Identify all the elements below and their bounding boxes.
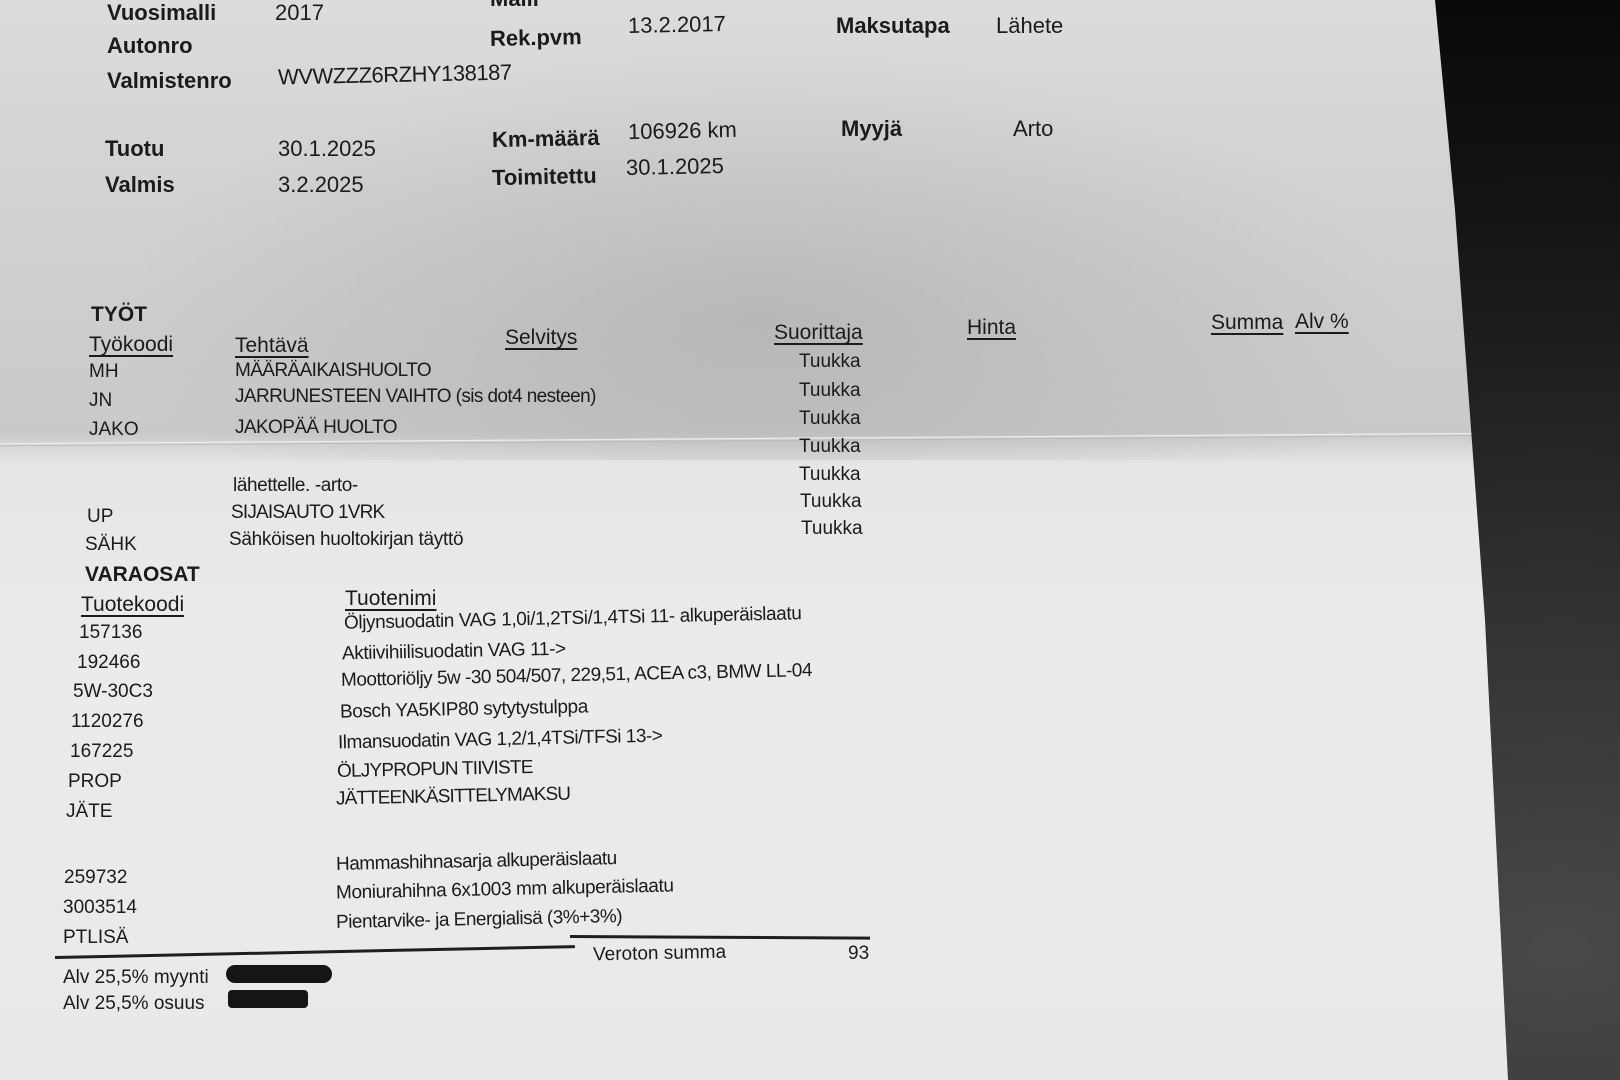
maksutapa-value: Lähete — [996, 15, 1063, 37]
valmis-label: Valmis — [105, 174, 175, 196]
part-name: Bosch YA5KIP80 sytytystulppa — [340, 697, 588, 721]
tyot-code: MH — [89, 362, 119, 381]
tuotu-value: 30.1.2025 — [278, 138, 376, 160]
col-tuotekoodi: Tuotekoodi — [81, 594, 184, 615]
part-code: 1120276 — [71, 712, 144, 731]
redacted-value — [228, 990, 308, 1008]
part-code: 192466 — [77, 653, 140, 672]
veroton-label: Veroton summa — [593, 943, 726, 965]
malli-label: Malli — [490, 0, 539, 10]
tyot-task: lähettelle. -arto- — [233, 476, 358, 495]
autonro-label: Autonro — [107, 35, 193, 57]
tyot-task: SIJAISAUTO 1VRK — [231, 503, 384, 522]
col-alv: Alv % — [1295, 311, 1349, 332]
part-name: JÄTTEENKÄSITTELYMAKSU — [336, 785, 570, 809]
km-label: Km-määrä — [492, 127, 600, 151]
tyot-performer: Tuukka — [799, 409, 861, 428]
part-code: PTLISÄ — [63, 928, 128, 947]
part-name: ÖLJYPROPUN TIIVISTE — [337, 758, 533, 781]
part-code: PROP — [68, 772, 122, 791]
tyot-code: SÄHK — [85, 535, 137, 554]
tyot-performer: Tuukka — [799, 437, 861, 456]
part-name: Aktiivihiilisuodatin VAG 11-> — [342, 640, 566, 664]
tyot-performer: Tuukka — [799, 381, 861, 400]
valmistenro-label: Valmistenro — [107, 70, 232, 92]
tyot-performer: Tuukka — [799, 465, 861, 484]
myyja-value: Arto — [1013, 118, 1053, 140]
valmis-value: 3.2.2025 — [278, 174, 364, 196]
valmistenro-value: WVWZZZ6RZHY138187 — [278, 62, 512, 89]
col-selvitys: Selvitys — [505, 327, 577, 348]
tyot-performer: Tuukka — [800, 492, 862, 511]
tyot-task: Sähköisen huoltokirjan täyttö — [229, 530, 463, 549]
col-tuotenimi: Tuotenimi — [345, 588, 436, 609]
col-tyokoodi: Työkoodi — [89, 334, 173, 355]
tyot-code: UP — [87, 507, 113, 526]
vuosimalli-value: 2017 — [275, 2, 324, 24]
col-hinta: Hinta — [967, 317, 1016, 338]
part-code: 259732 — [64, 868, 127, 887]
part-code: 157136 — [79, 623, 142, 642]
tuotu-label: Tuotu — [105, 138, 164, 160]
alv-osuus-label: Alv 25,5% osuus — [63, 994, 205, 1013]
tyot-task: JARRUNESTEEN VAIHTO (sis dot4 nesteen) — [235, 387, 596, 406]
tyot-performer: Tuukka — [799, 352, 861, 371]
redacted-value — [226, 965, 332, 983]
col-summa: Summa — [1211, 312, 1283, 333]
toimitettu-label: Toimitettu — [492, 165, 597, 189]
tyot-performer: Tuukka — [801, 519, 863, 538]
part-code: 5W-30C3 — [73, 682, 153, 701]
toimitettu-value: 30.1.2025 — [626, 155, 724, 179]
rekpvm-value: 13.2.2017 — [628, 13, 726, 37]
col-suorittaja: Suorittaja — [774, 322, 863, 343]
varaosat-title: VARAOSAT — [85, 564, 200, 585]
vuosimalli-label: Vuosimalli — [107, 2, 216, 24]
veroton-value: 93 — [848, 944, 869, 963]
tyot-task: MÄÄRÄAIKAISHUOLTO — [235, 361, 431, 380]
maksutapa-label: Maksutapa — [836, 15, 950, 37]
km-value: 106926 km — [628, 119, 737, 143]
tyot-title: TYÖT — [91, 304, 147, 325]
rekpvm-label: Rek.pvm — [490, 26, 582, 50]
part-code: 167225 — [70, 742, 133, 761]
part-code: 3003514 — [63, 898, 137, 917]
paper-fold — [0, 433, 1500, 446]
alv-myynti-label: Alv 25,5% myynti — [63, 968, 209, 987]
part-code: JÄTE — [66, 802, 112, 821]
myyja-label: Myyjä — [841, 118, 902, 140]
tyot-task: JAKOPÄÄ HUOLTO — [235, 418, 397, 437]
col-tehtava: Tehtävä — [235, 335, 309, 356]
tyot-code: JN — [89, 391, 112, 410]
tyot-code: JAKO — [89, 420, 139, 439]
